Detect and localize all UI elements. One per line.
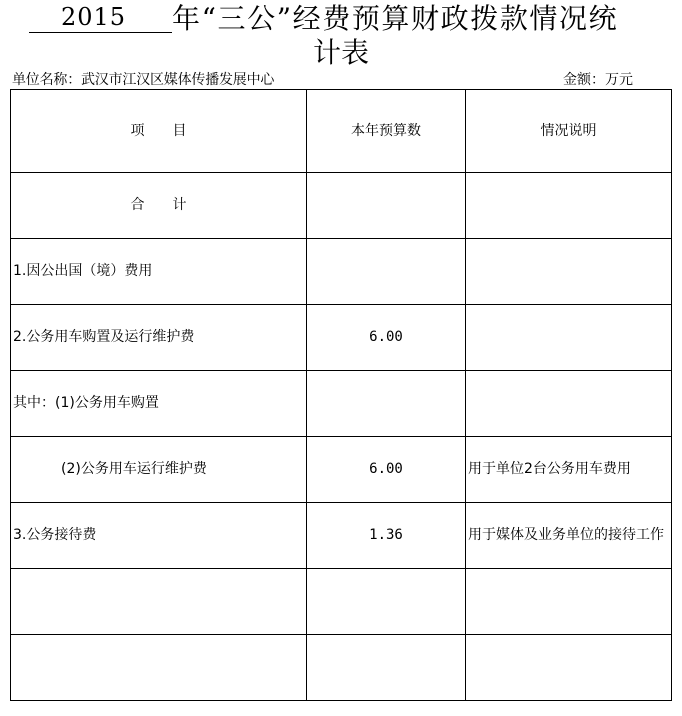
row-budget [307,173,466,239]
row-item [11,569,307,635]
table-row-empty [11,569,672,635]
header-budget: 本年预算数 [307,90,466,173]
row-note [466,371,672,437]
header-item: 项 目 [11,90,307,173]
row-budget: 6.00 [307,305,466,371]
row-item: 2.公务用车购置及运行维护费 [11,305,307,371]
row-item: 3.公务接待费 [11,503,307,569]
budget-table: 项 目 本年预算数 情况说明 合 计 1.因公出国（境）费用 2.公务用车购置及… [10,89,672,701]
row-note: 用于单位2台公务用车费用 [466,437,672,503]
table-row-total: 合 计 [11,173,672,239]
row-budget [307,371,466,437]
row-item: (2)公务用车运行维护费 [11,437,307,503]
row-budget: 6.00 [307,437,466,503]
table-row: 2.公务用车购置及运行维护费 6.00 [11,305,672,371]
table-row: 1.因公出国（境）费用 [11,239,672,305]
year-underline-field: 2015 [29,2,172,33]
amount-unit-label: 金额：万元 [563,71,633,89]
row-budget: 1.36 [307,503,466,569]
row-note [466,635,672,701]
row-item: 合 计 [11,173,307,239]
document-title-line-1: 2015 年“三公”经费预算财政拨款情况统 [0,2,682,36]
table-row: 其中：(1)公务用车购置 [11,371,672,437]
row-budget [307,635,466,701]
table-row: (2)公务用车运行维护费 6.00 用于单位2台公务用车费用 [11,437,672,503]
table-row: 3.公务接待费 1.36 用于媒体及业务单位的接待工作 [11,503,672,569]
row-item: 1.因公出国（境）费用 [11,239,307,305]
row-item: 其中：(1)公务用车购置 [11,371,307,437]
row-item [11,635,307,701]
row-budget [307,569,466,635]
row-note [466,569,672,635]
table-row-empty [11,635,672,701]
header-note: 情况说明 [466,90,672,173]
row-note [466,173,672,239]
document-title-line-2: 计表 [0,36,682,70]
row-note [466,305,672,371]
title-year: 2015 [61,2,126,32]
unit-name-label: 单位名称：武汉市江汉区媒体传播发展中心 [12,71,274,89]
table-header-row: 项 目 本年预算数 情况说明 [11,90,672,173]
row-note [466,239,672,305]
row-note: 用于媒体及业务单位的接待工作 [466,503,672,569]
title-text: 年“三公”经费预算财政拨款情况统 [172,2,618,36]
row-budget [307,239,466,305]
